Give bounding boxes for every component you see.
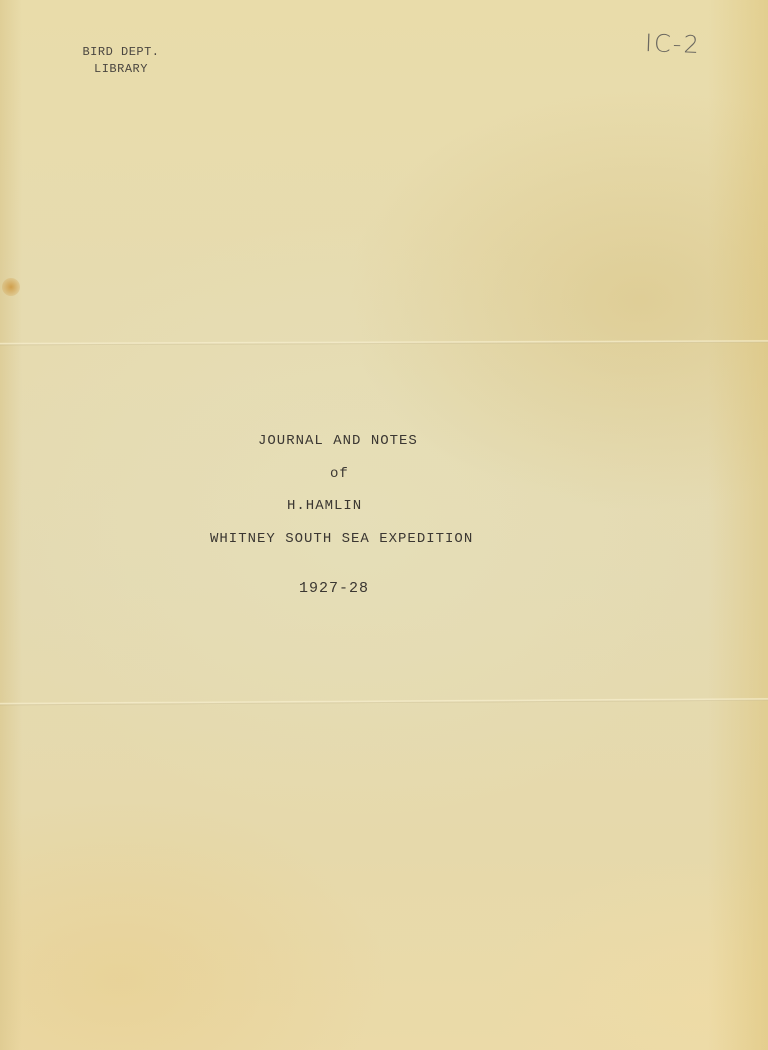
stamp-line-library: LIBRARY (76, 61, 166, 78)
paper-edge-shading (708, 0, 768, 1050)
title-line-journal: JOURNAL AND NOTES (258, 433, 418, 449)
expedition-years: 1927-28 (299, 580, 369, 597)
stamp-line-department: BIRD DEPT. (76, 44, 166, 61)
library-stamp: BIRD DEPT. LIBRARY (76, 44, 166, 78)
paper-fold-line (0, 340, 768, 346)
paper-stain (2, 278, 20, 296)
author-name: H.HAMLIN (287, 498, 362, 514)
title-line-of: of (330, 466, 349, 482)
document-page: BIRD DEPT. LIBRARY IC-2 JOURNAL AND NOTE… (0, 0, 768, 1050)
paper-fold-line (0, 698, 768, 706)
handwritten-catalog-mark: IC-2 (645, 29, 702, 59)
paper-edge-shading (0, 0, 22, 1050)
expedition-name: WHITNEY SOUTH SEA EXPEDITION (210, 531, 473, 547)
